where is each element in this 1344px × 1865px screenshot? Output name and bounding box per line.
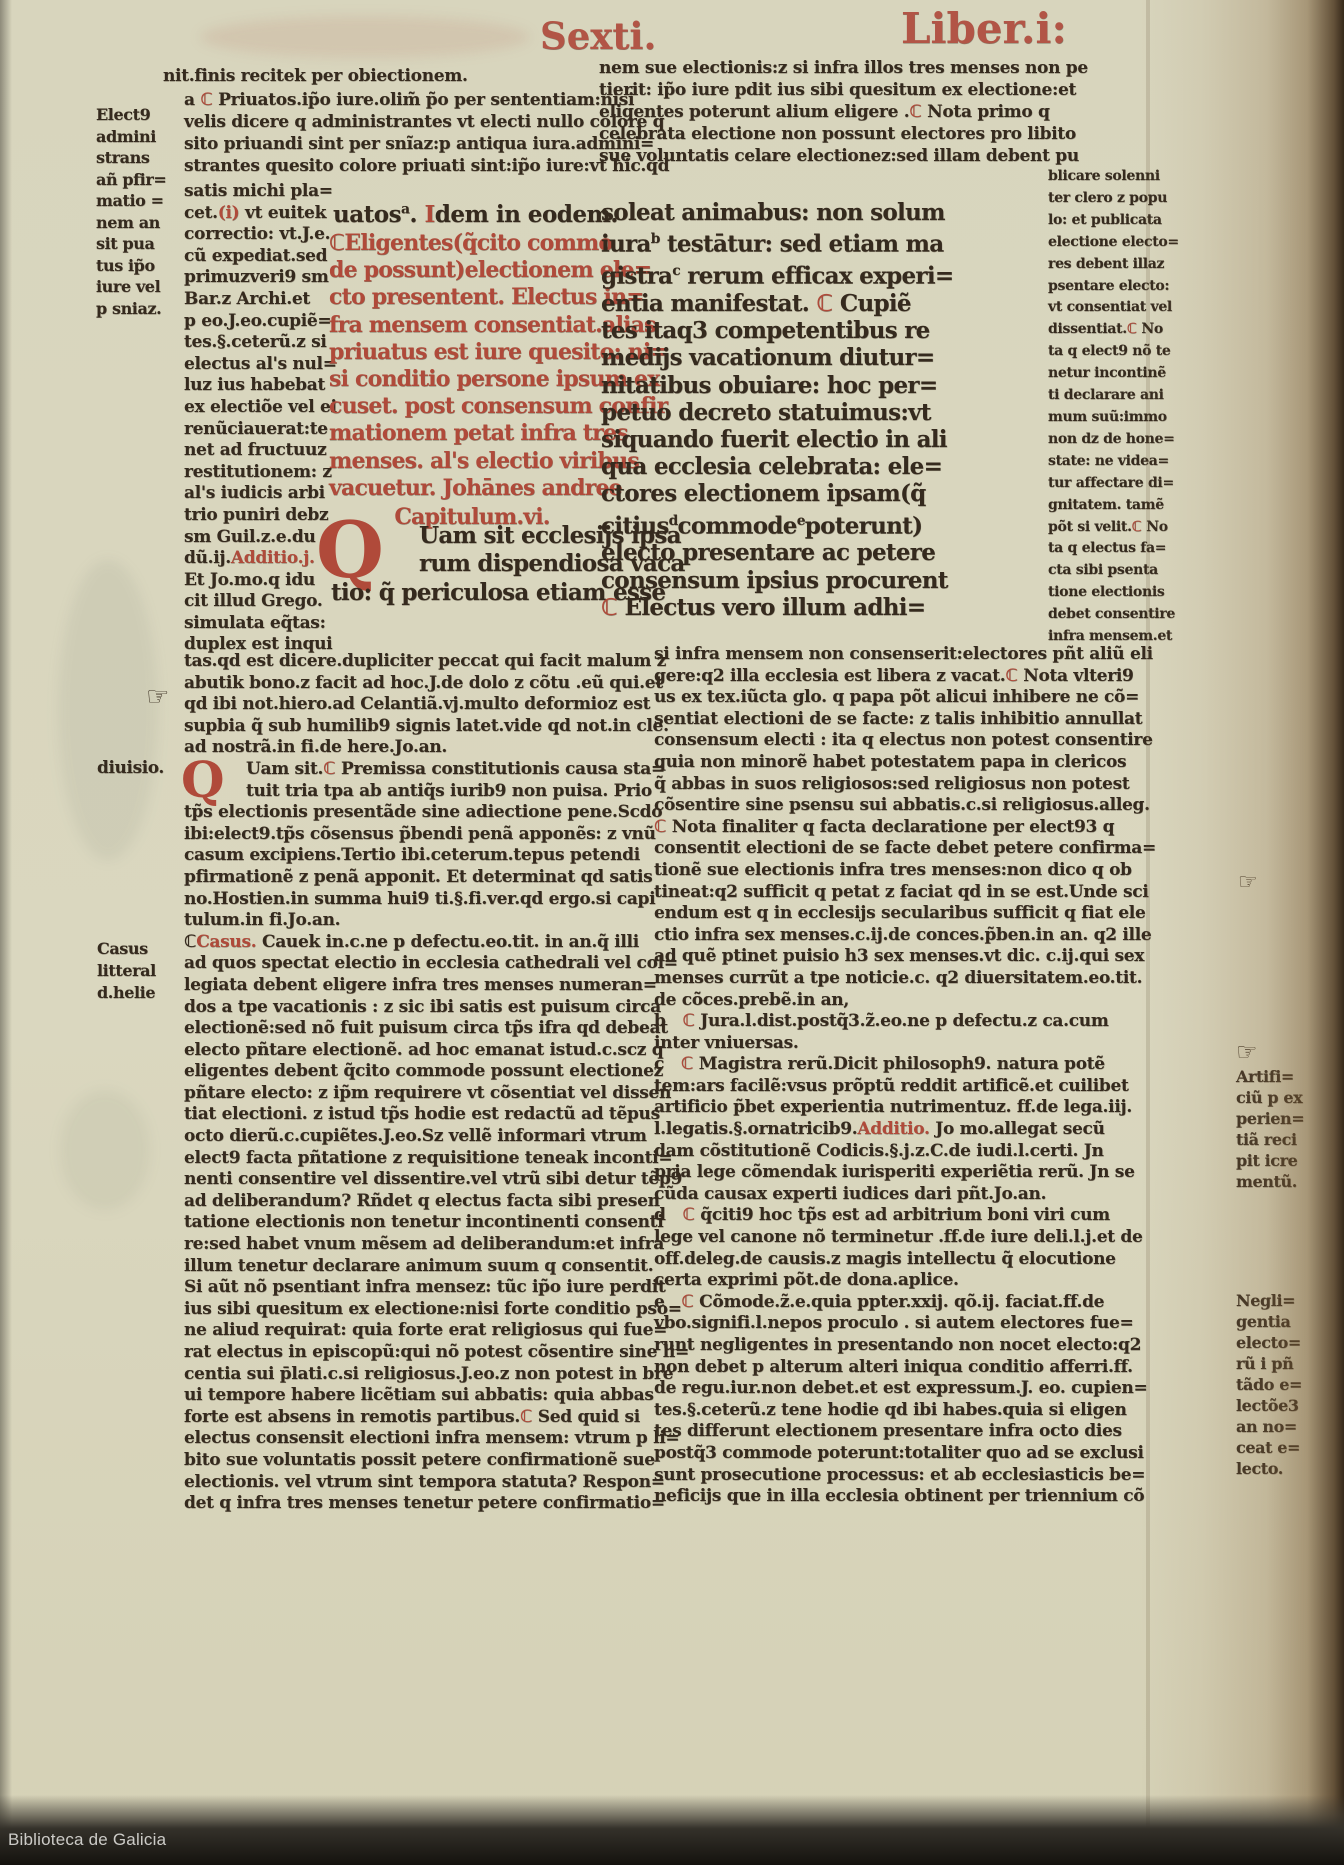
text-line: bito sue voluntatis possit petere confir… xyxy=(184,1450,689,1472)
text-line: lege vel canone nõ terminetur .ff.de iur… xyxy=(654,1227,1156,1249)
text-line: ta q elect9 nõ te xyxy=(1048,341,1154,363)
text-line: p sniaz. xyxy=(96,298,166,320)
text-line: tes.§.ceterũ.z tene hodie qd ibi habes.q… xyxy=(654,1400,1156,1422)
text-line: ti declarare ani xyxy=(1048,385,1154,407)
text-line: non dz de hone= xyxy=(1048,429,1154,451)
text-line: citiusdcommodeepoterunt) xyxy=(601,508,953,540)
library-watermark: Biblioteca de Galicia xyxy=(8,1830,166,1850)
text-line: nitatibus obuiare: hoc per= xyxy=(601,372,953,399)
text-line: eligentes debent q̃cito commode possunt … xyxy=(184,1061,689,1083)
text-line: renũciauerat:te xyxy=(184,419,337,441)
text-line: tineat:q2 sufficit q petat z faciat qd i… xyxy=(654,882,1156,904)
text-line: ad deliberandum? Rñdet q electus facta s… xyxy=(184,1191,689,1213)
text-line: medijs vacationum diutur= xyxy=(601,344,953,371)
text-line: ne aliud requirat: quia forte erat relig… xyxy=(184,1320,689,1342)
commentary-top-block: a ℂ Priuatos.ip̃o iure.olim̃ p̃o per sen… xyxy=(184,89,669,177)
text-line: octo dierũ.c.cupiẽtes.J.eo.Sz vellẽ info… xyxy=(184,1126,689,1148)
text-line: electus al's nul= xyxy=(184,354,337,376)
text-line: d.helie xyxy=(97,982,156,1004)
text-line: de cõces.prebẽ.in an, xyxy=(654,990,1156,1012)
text-line: tuit tria tpa ab antiq̃s iurib9 non puis… xyxy=(184,781,689,803)
text-line: tionẽ sue electionis infra tres menses:n… xyxy=(654,860,1156,882)
text-line: dissentiat.ℂ No xyxy=(1048,319,1154,341)
text-line: centia sui p̄lati.c.si religiosus.J.eo.z… xyxy=(184,1364,689,1386)
text-line: ℂ Electus vero illum adhi= xyxy=(601,594,953,621)
text-line: entia manifestat. ℂ Cupiẽ xyxy=(601,290,953,317)
text-line: d ℂ q̃citi9 hoc tp̃s est ad arbitrium bo… xyxy=(654,1205,1156,1227)
text-line: velis dicere q administrantes vt electi … xyxy=(184,111,669,133)
text-line: runt negligentes in presentando non noce… xyxy=(654,1335,1156,1357)
text-line: ad quẽ ptinet puisio h3 sex menses.vt di… xyxy=(654,946,1156,968)
text-line: neficijs que in illa ecclesia obtinent p… xyxy=(654,1486,1156,1508)
text-line: tierit: ip̃o iure pdit ius sibi quesitum… xyxy=(599,79,1088,101)
text-line: nenti consentire vel dissentire.vel vtrũ… xyxy=(184,1169,689,1191)
text-line: net ad fructuuz xyxy=(184,440,337,462)
scan-bottom-shadow xyxy=(0,1795,1344,1865)
text-line: tatione electionis non tenetur incontine… xyxy=(184,1212,689,1234)
text-line: sunt prosecutione processus: et ab eccle… xyxy=(654,1465,1156,1487)
text-line: postq̃3 commode poterunt:totaliter quo a… xyxy=(654,1443,1156,1465)
text-line: ctores electionem ipsam(q̃ xyxy=(601,480,953,507)
text-line: e ℂ Cõmode.z̃.e.quia ppter.xxij. qõ.ij. … xyxy=(654,1292,1156,1314)
text-line: trio puniri debz xyxy=(184,505,337,527)
text-line: celebrata electione non possunt electore… xyxy=(599,123,1088,145)
text-line: elect9 facta pñtatione z requisitione te… xyxy=(184,1148,689,1170)
text-line: tp̃s electionis presentãde sine adiectio… xyxy=(184,802,689,824)
text-line: electionis. vel vtrum sint tempora statu… xyxy=(184,1472,689,1494)
text-line: tes differunt electionem presentare infr… xyxy=(654,1421,1156,1443)
text-line: põt si velit.ℂ No xyxy=(1048,517,1154,539)
text-line: ibi:elect9.tp̃s cõsensus p̃bendi penã ap… xyxy=(184,824,689,846)
ink-showthrough xyxy=(200,16,530,58)
text-line: ℂ Nota finaliter q facta declaratione pe… xyxy=(654,817,1156,839)
text-line: tes.§.ceterũ.z si xyxy=(184,332,337,354)
book-right-edge xyxy=(1140,0,1344,1865)
text-line: sito priuandi sint per snĩaz:p antiqua i… xyxy=(184,133,669,155)
text-line: consensum ipsius procurent xyxy=(601,567,953,594)
idem-in-eodem-line: uatosa. Idem in eodem. xyxy=(333,201,618,228)
text-line: a ℂ Priuatos.ip̃o iure.olim̃ p̃o per sen… xyxy=(184,89,669,111)
text-line: vbo.signifi.l.nepos proculo . si autem e… xyxy=(654,1313,1156,1335)
text-line: ℂCasus. Cauek in.c.ne p defectu.eo.tit. … xyxy=(184,932,689,954)
text-line: infra mensem.et xyxy=(1048,626,1154,648)
text-line: de regu.iur.non debet.et est expressum.J… xyxy=(654,1378,1156,1400)
text-line: Si aũt nõ psentiant infra mensez: tũc ip… xyxy=(184,1277,689,1299)
text-line: endum est q in ecclesijs secularibus suf… xyxy=(654,903,1156,925)
left-margin-gloss: Elect9administransañ pfir=matio =nem ans… xyxy=(96,104,166,319)
text-line: nem sue electionis:z si infra illos tres… xyxy=(599,57,1088,79)
text-line: menses currũt a tpe noticie.c. q2 diuers… xyxy=(654,968,1156,990)
text-line: electus consensit electioni infra mensem… xyxy=(184,1428,689,1450)
text-line: Casus xyxy=(97,938,156,960)
text-line: cõsentire sine psensu sui abbatis.c.si r… xyxy=(654,795,1156,817)
text-line: electionẽ:sed nõ fuit puisum circa tp̃s … xyxy=(184,1018,689,1040)
text-line: iure vel xyxy=(96,276,166,298)
text-line: tem:ars facilẽ:vsus prõptũ reddit artifi… xyxy=(654,1076,1156,1098)
text-line: casum excipiens.Tertio ibi.ceterum.tepus… xyxy=(184,845,689,867)
text-line: añ pfir= xyxy=(96,169,166,191)
text-line: siquando fuerit electio in ali xyxy=(601,426,953,453)
ink-showthrough xyxy=(60,1090,150,1210)
text-line: pria lege cõmendak iurisperiti experiẽti… xyxy=(654,1162,1156,1184)
text-line: tur affectare di= xyxy=(1048,473,1154,495)
text-line: tiat electioni. z istud tp̃s hodie est r… xyxy=(184,1104,689,1126)
text-line: ad quos spectat electio in ecclesia cath… xyxy=(184,953,689,975)
text-line: tas.qd est dicere.dupliciter peccat qui … xyxy=(184,651,689,673)
text-line: sue voluntatis celare electionez:sed ill… xyxy=(599,145,1088,167)
text-line: eligentes poterunt alium eligere .ℂ Nota… xyxy=(599,101,1088,123)
text-line: electione electo= xyxy=(1048,232,1154,254)
text-line: cũ expediat.sed xyxy=(184,246,337,268)
text-line: dũ.ij.Additio.j. xyxy=(184,548,337,570)
text-line: luz ius habebat xyxy=(184,375,337,397)
text-line: tus ip̃o xyxy=(96,255,166,277)
text-line: l.legatis.§.ornatricib9.Additio. Jo mo.a… xyxy=(654,1119,1156,1141)
text-line: blicare solenni xyxy=(1048,166,1154,188)
text-line: ctio infra sex menses.c.ij.de conces.p̃b… xyxy=(654,925,1156,947)
text-line: ex electiõe vel ei xyxy=(184,397,337,419)
text-line: quia non minorẽ habet potestatem papa in… xyxy=(654,752,1156,774)
text-line: Et Jo.mo.q idu xyxy=(184,570,337,592)
text-line: q̃ abbas in suos religiosos:sed religios… xyxy=(654,774,1156,796)
text-line: sentiat electioni de se facte: z talis i… xyxy=(654,709,1156,731)
text-line: Uam sit.ℂ Premissa constitutionis causa … xyxy=(184,759,689,781)
incunabulum-page-scan: Sexti. Liber.i: Elect9administransañ pfi… xyxy=(0,0,1344,1865)
text-line: inter vniuersas. xyxy=(654,1033,1156,1055)
text-line: ta q electus fa= xyxy=(1048,538,1154,560)
text-line: al's iudicis arbi xyxy=(184,483,337,505)
text-line: non debet p alterum alteri iniqua condit… xyxy=(654,1357,1156,1379)
left-margin-casus: Casuslitterald.helie xyxy=(97,938,156,1004)
text-line: qd ibi not.hiero.ad Celantiã.vj.multo de… xyxy=(184,694,689,716)
text-line: iurab testātur: sed etiam ma xyxy=(601,226,953,258)
text-line: legiata debent eligere infra tres menses… xyxy=(184,975,689,997)
text-line: mum suũ:immo xyxy=(1048,407,1154,429)
commentary-narrow-column: satis michi pla=cet.(i) vt euitekcorrect… xyxy=(184,181,337,656)
left-margin-divisio: diuisio. xyxy=(97,758,164,780)
text-line: gistrac rerum efficax experi= xyxy=(601,258,953,290)
text-line: ad nostrã.in fi.de here.Jo.an. xyxy=(184,737,689,759)
text-line: consentit electioni de se facte debet pe… xyxy=(654,838,1156,860)
text-line: state: ne videa= xyxy=(1048,451,1154,473)
text-line: correctio: vt.J.e. xyxy=(184,224,337,246)
text-line: cet.(i) vt euitek xyxy=(184,203,337,225)
text-line: Elect9 xyxy=(96,104,166,126)
text-line: dam cõstitutionẽ Codicis.§.j.z.C.de iudi… xyxy=(654,1141,1156,1163)
manicule-icon: ☞ xyxy=(146,682,169,712)
text-line: b ℂ Jura.l.dist.postq̃3.z̃.eo.ne p defec… xyxy=(654,1011,1156,1033)
text-line: no.Hostien.in summa hui9 ti.§.fi.ver.qd … xyxy=(184,889,689,911)
text-line: psentare electo: xyxy=(1048,276,1154,298)
text-line: artificio p̃bet experientia nutrimentuz.… xyxy=(654,1097,1156,1119)
text-line: rat electus in episcopũ:qui nõ potest cõ… xyxy=(184,1342,689,1364)
text-line: c ℂ Magistra rerũ.Dicit philosoph9. natu… xyxy=(654,1054,1156,1076)
text-line: us ex tex.iũcta glo. q papa põt alicui i… xyxy=(654,687,1156,709)
text-line: petuo decreto statuimus:vt xyxy=(601,399,953,426)
scan-left-edge xyxy=(0,0,12,1865)
ink-showthrough xyxy=(58,560,158,860)
commentary-right-top-block: nem sue electionis:z si infra illos tres… xyxy=(599,57,1088,167)
running-title-center: Sexti. xyxy=(540,14,656,58)
text-line: electo presentare ac petere xyxy=(601,539,953,566)
commentary-left-block: tas.qd est dicere.dupliciter peccat qui … xyxy=(184,651,689,1515)
text-line: ius sibi quesitum ex electione:nisi fort… xyxy=(184,1299,689,1321)
text-line: tione electionis xyxy=(1048,582,1154,604)
text-line: admini xyxy=(96,126,166,148)
text-line: strantes quesito colore priuati sint:ip̃… xyxy=(184,155,669,177)
commentary-opening-line: nit.finis recitek per obiectionem. xyxy=(163,66,468,88)
text-line: gere:q2 illa ecclesia est libera z vacat… xyxy=(654,666,1156,688)
text-line: satis michi pla= xyxy=(184,181,337,203)
text-line: det q infra tres menses tenetur petere c… xyxy=(184,1493,689,1515)
text-line: illum tenetur declarare animum suum q co… xyxy=(184,1256,689,1278)
text-line: forte est absens in remotis partibus.ℂ S… xyxy=(184,1407,689,1429)
text-line: litteral xyxy=(97,960,156,982)
text-line: supbia q̃ sub humilib9 signis latet.vide… xyxy=(184,716,689,738)
text-line: lo: et publicata xyxy=(1048,210,1154,232)
text-line: tes itaq3 competentibus re xyxy=(601,317,953,344)
text-line: gnitatem. tamẽ xyxy=(1048,495,1154,517)
text-line: certa exprimi põt.de dona.aplice. xyxy=(654,1270,1156,1292)
text-line: Bar.z Archi.et xyxy=(184,289,337,311)
text-line: pfirmationẽ z penã apponit. Et determina… xyxy=(184,867,689,889)
text-line: qua ecclesia celebrata: ele= xyxy=(601,453,953,480)
text-line: pñtare electo: z ip̃m requirere vt cõsen… xyxy=(184,1083,689,1105)
text-line: res debent illaz xyxy=(1048,254,1154,276)
text-line: matio = xyxy=(96,190,166,212)
text-line: off.deleg.de causis.z magis intellectu q… xyxy=(654,1249,1156,1271)
right-margin-gloss: blicare solenniter clero z populo: et pu… xyxy=(1048,166,1154,648)
text-line: ui tempore habere licẽtiam sui abbatis: … xyxy=(184,1385,689,1407)
text-line: dos a tpe vacationis : z sic ibi satis e… xyxy=(184,997,689,1019)
text-line: abutik bono.z facit ad hoc.J.de dolo z c… xyxy=(184,673,689,695)
text-line: nem an xyxy=(96,212,166,234)
text-line: vt consentiat vel xyxy=(1048,297,1154,319)
text-line: cit illud Grego. xyxy=(184,591,337,613)
text-line: ter clero z popu xyxy=(1048,188,1154,210)
text-line: sm Guil.z.e.du xyxy=(184,527,337,549)
text-line: primuzveri9 sm xyxy=(184,267,337,289)
text-line: electo pñtare electionẽ. ad hoc emanat i… xyxy=(184,1040,689,1062)
text-line: restitutionem: z xyxy=(184,462,337,484)
text-line: p eo.J.eo.cupiẽ= xyxy=(184,311,337,333)
text-line: strans xyxy=(96,147,166,169)
commentary-right-block: si infra mensem non consenserit:electore… xyxy=(654,644,1156,1508)
main-text-right-column: soleat animabus: non solumiurab testātur… xyxy=(601,199,953,621)
text-line: netur incontinẽ xyxy=(1048,363,1154,385)
running-title-right: Liber.i: xyxy=(901,4,1067,53)
initial-q-divisio: Q xyxy=(181,755,225,805)
text-line: consensum electi : ita q electus non pot… xyxy=(654,730,1156,752)
text-line: cũda causax experti iudices dari pñt.Jo.… xyxy=(654,1184,1156,1206)
text-line: cta sibi psenta xyxy=(1048,560,1154,582)
text-line: debet consentire xyxy=(1048,604,1154,626)
text-line: simulata eq̃tas: xyxy=(184,613,337,635)
text-line: tulum.in fi.Jo.an. xyxy=(184,910,689,932)
text-line: sit pua xyxy=(96,233,166,255)
text-line: re:sed habet vnum mẽsem ad deliberandum:… xyxy=(184,1234,689,1256)
text-line: soleat animabus: non solum xyxy=(601,199,953,226)
